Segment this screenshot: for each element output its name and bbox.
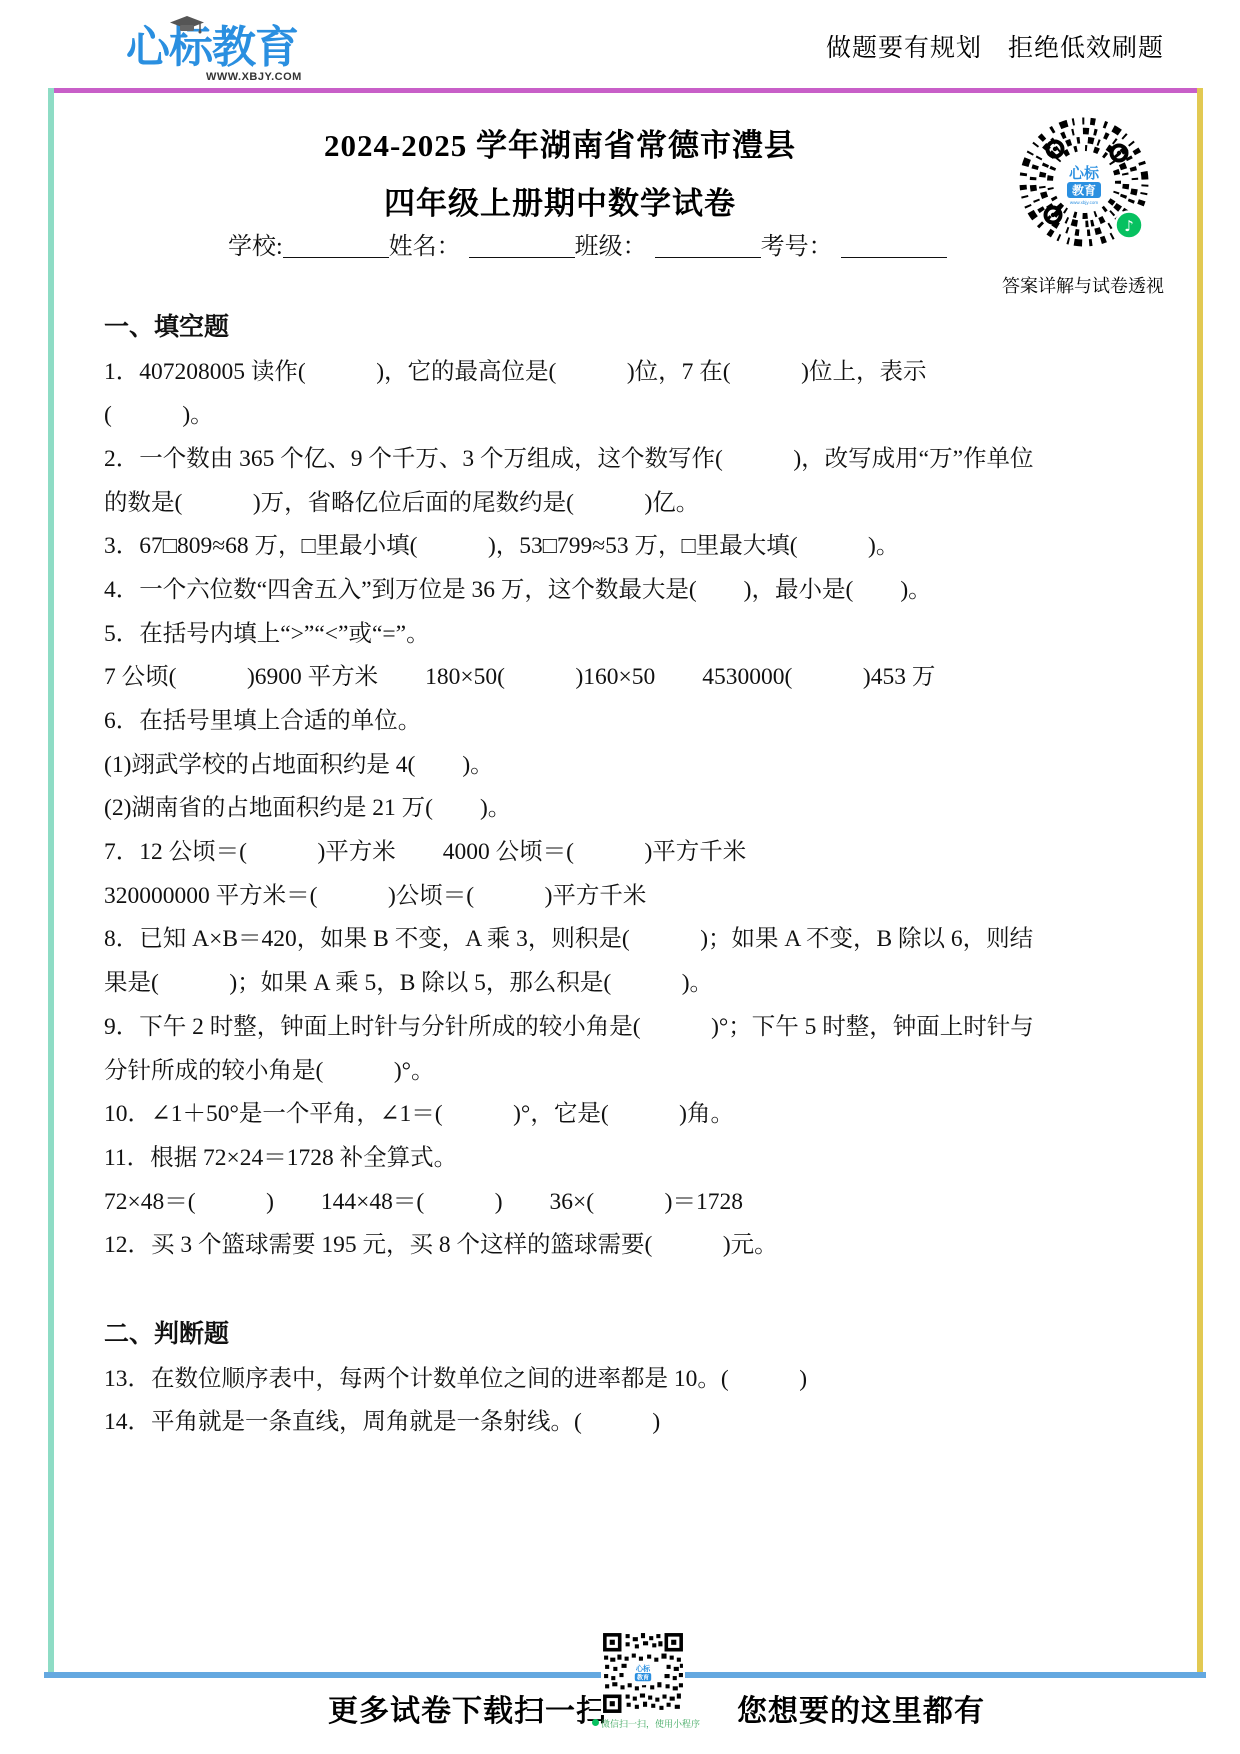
school-label: 学校: (228, 234, 283, 260)
question-line-7a: 7．12 公顷＝( )平方米 4000 公顷＝( )平方千米 (104, 827, 1144, 871)
question-line-5b: 7 公顷( )6900 平方米 180×50( )160×50 4530000(… (104, 653, 1144, 697)
graduation-cap-icon (170, 16, 204, 34)
frame-border-right (1197, 88, 1203, 1674)
exam-title-line1: 2024-2025 学年湖南省常德市澧县 (160, 120, 960, 165)
student-info-line: 学校:姓名：班级：考号： (228, 226, 947, 261)
question-line-11b: 72×48＝( ) 144×48＝( ) 36×( )＝1728 (104, 1177, 1144, 1221)
mini-program-qr-icon: 心标 教育 www.xbjy.com ♪ (1014, 112, 1154, 252)
question-line-8b: 果是( )；如果 A 乘 5，B 除以 5，那么积是( )。 (104, 958, 1144, 1002)
question-line-6-1: (1)翊武学校的占地面积约是 4( )。 (104, 740, 1144, 784)
wechat-dot-icon (592, 1719, 599, 1726)
footer-promo-text: 您想要的这里都有 (737, 1686, 985, 1730)
class-blank (655, 232, 761, 258)
exam-number-label: 考号： (761, 234, 833, 260)
question-line-11: 11．根据 72×24＝1728 补全算式。 (104, 1133, 1144, 1177)
svg-text:心标: 心标 (635, 1664, 651, 1673)
header-slogan: 做题要有规划 拒绝低效刷题 (826, 28, 1164, 64)
class-label: 班级： (575, 234, 647, 260)
footer-qr-code: 心标 教育 (601, 1631, 685, 1715)
frame-border-top (48, 88, 1203, 93)
svg-text:♪: ♪ (1124, 217, 1134, 235)
section-heading-true-false: 二、判断题 (104, 1310, 1144, 1354)
question-line-6: 6．在括号里填上合适的单位。 (104, 696, 1144, 740)
footer-download-text: 更多试卷下载扫一扫 (328, 1686, 607, 1730)
svg-text:www.xbjy.com: www.xbjy.com (1070, 200, 1098, 205)
question-line-3: 3．67□809≈68 万，□里最小填( )，53□799≈53 万，□里最大填… (104, 521, 1144, 565)
square-qr-icon: 心标 教育 (601, 1631, 685, 1715)
question-line-2a: 2．一个数由 365 个亿、9 个千万、3 个万组成，这个数写作( )，改写成用… (104, 434, 1144, 478)
answer-qr-caption: 答案详解与试卷透视 (998, 272, 1168, 298)
svg-text:心标: 心标 (1069, 164, 1100, 182)
question-line-8a: 8．已知 A×B＝420，如果 B 不变，A 乘 3，则积是( )；如果 A 不… (104, 915, 1144, 959)
footer-qr-caption: 微信扫一扫，使用小程序 (586, 1717, 706, 1730)
exam-paper-page: { "header": { "logo_text": "心标教育", "logo… (0, 0, 1240, 1754)
frame-border-left (48, 88, 54, 1674)
exam-title-line2: 四年级上册期中数学试卷 (160, 178, 960, 223)
student-name-label: 姓名： (389, 234, 461, 260)
question-line-10: 10．∠1＋50°是一个平角，∠1＝( )°，它是( )角。 (104, 1089, 1144, 1133)
question-line-12: 12．买 3 个篮球需要 195 元，买 8 个这样的篮球需要( )元。 (104, 1220, 1144, 1264)
question-line-1a: 1．407208005 读作( )，它的最高位是( )位，7 在( )位上，表示 (104, 347, 1144, 391)
svg-text:教育: 教育 (1071, 183, 1096, 198)
question-line-6-2: (2)湖南省的占地面积约是 21 万( )。 (104, 784, 1144, 828)
exam-number-blank (841, 232, 947, 258)
brand-logo: 心标教育 WWW.XBJY.COM (126, 24, 446, 84)
student-name-blank (469, 232, 575, 258)
question-line-4: 4．一个六位数“四舍五入”到万位是 36 万，这个数最大是( )，最小是( )。 (104, 565, 1144, 609)
question-line-14: 14．平角就是一条直线，周角就是一条射线。( ) (104, 1398, 1144, 1442)
question-line-9b: 分针所成的较小角是( )°。 (104, 1046, 1144, 1090)
question-line-2b: 的数是( )万，省略亿位后面的尾数约是( )亿。 (104, 478, 1144, 522)
school-blank (283, 232, 389, 258)
question-line-5: 5．在括号内填上“>”“<”或“=”。 (104, 609, 1144, 653)
question-area: 一、填空题 1．407208005 读作( )，它的最高位是( )位，7 在( … (104, 303, 1144, 1441)
svg-text:教育: 教育 (636, 1674, 649, 1682)
brand-logo-url: WWW.XBJY.COM (206, 71, 302, 83)
question-line-13: 13．在数位顺序表中，每两个计数单位之间的进率都是 10。( ) (104, 1354, 1144, 1398)
section-heading-fill-blanks: 一、填空题 (104, 303, 1144, 347)
question-line-7b: 320000000 平方米＝( )公顷＝( )平方千米 (104, 871, 1144, 915)
question-line-9a: 9．下午 2 时整，钟面上时针与分针所成的较小角是( )°；下午 5 时整，钟面… (104, 1002, 1144, 1046)
answer-qr-code: 心标 教育 www.xbjy.com ♪ (1014, 112, 1154, 252)
question-line-1b: ( )。 (104, 390, 1144, 434)
